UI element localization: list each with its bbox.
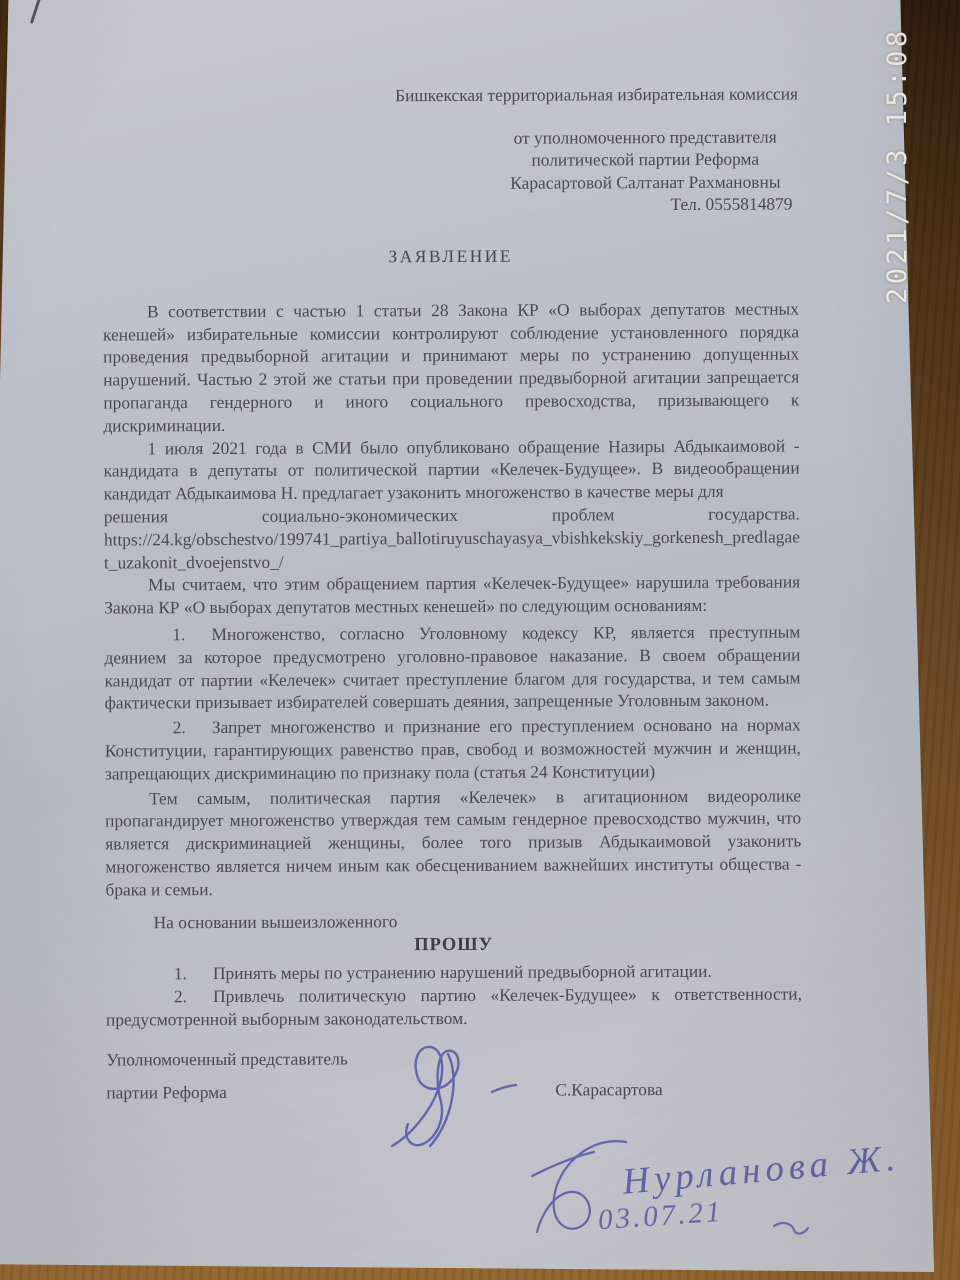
recipient-line: Бишкекская территориальная избирательная… — [102, 82, 798, 108]
paragraph-law-basis: В соответствии с частью 1 статьи 28 Зако… — [103, 297, 800, 437]
request-intro: На основании вышеизложенного — [106, 908, 802, 934]
list-item-2: 2. Запрет многоженство и признание его п… — [105, 714, 801, 785]
signatory-name: С.Карасартова — [555, 1073, 662, 1106]
paragraph-we-consider: Мы считаем, что этим обращением партия «… — [104, 571, 800, 620]
document-title: ЗАЯВЛЕНИЕ — [103, 243, 799, 270]
document-paper: Бишкекская территориальная избирательная… — [0, 0, 934, 1272]
handwritten-name: Нурланова Ж. — [621, 1131, 960, 1203]
paragraph-media-statement: 1 июля 2021 года в СМИ было опубликовано… — [103, 434, 799, 505]
list-item-1: 1. Многоженство, согласно Уголовному код… — [104, 620, 800, 714]
document-content: Бишкекская территориальная избирательная… — [102, 0, 803, 1113]
request-item-1: 1. Принять меры по устранению нарушений … — [106, 960, 802, 986]
paragraph-conclusion: Тем самым, политическая партия «Келечек»… — [105, 784, 801, 901]
sender-phone: Тел. 0555814879 — [492, 193, 798, 217]
sender-line: политической партии Реформа — [492, 148, 798, 172]
camera-timestamp: 2021/7/3 15:08 — [882, 18, 916, 304]
article-url-text: https://24.kg/obschestvo/199741_partiya_… — [104, 525, 800, 574]
signature-scribble-main — [376, 1040, 536, 1150]
sender-block: от уполномоченного представителя политич… — [492, 125, 798, 216]
paragraph-media-statement-spread-line: решения социально-экономических проблем … — [104, 502, 800, 528]
request-item-2: 2. Привлечь политическую партию «Келечек… — [106, 982, 802, 1031]
date-flourish-mark — [770, 1216, 810, 1240]
staple-mark — [30, 0, 41, 24]
sender-line: Карасартовой Салтанат Рахмановны — [492, 170, 798, 194]
sender-line: от уполномоченного представителя — [492, 125, 798, 149]
request-title: ПРОШУ — [106, 933, 802, 959]
